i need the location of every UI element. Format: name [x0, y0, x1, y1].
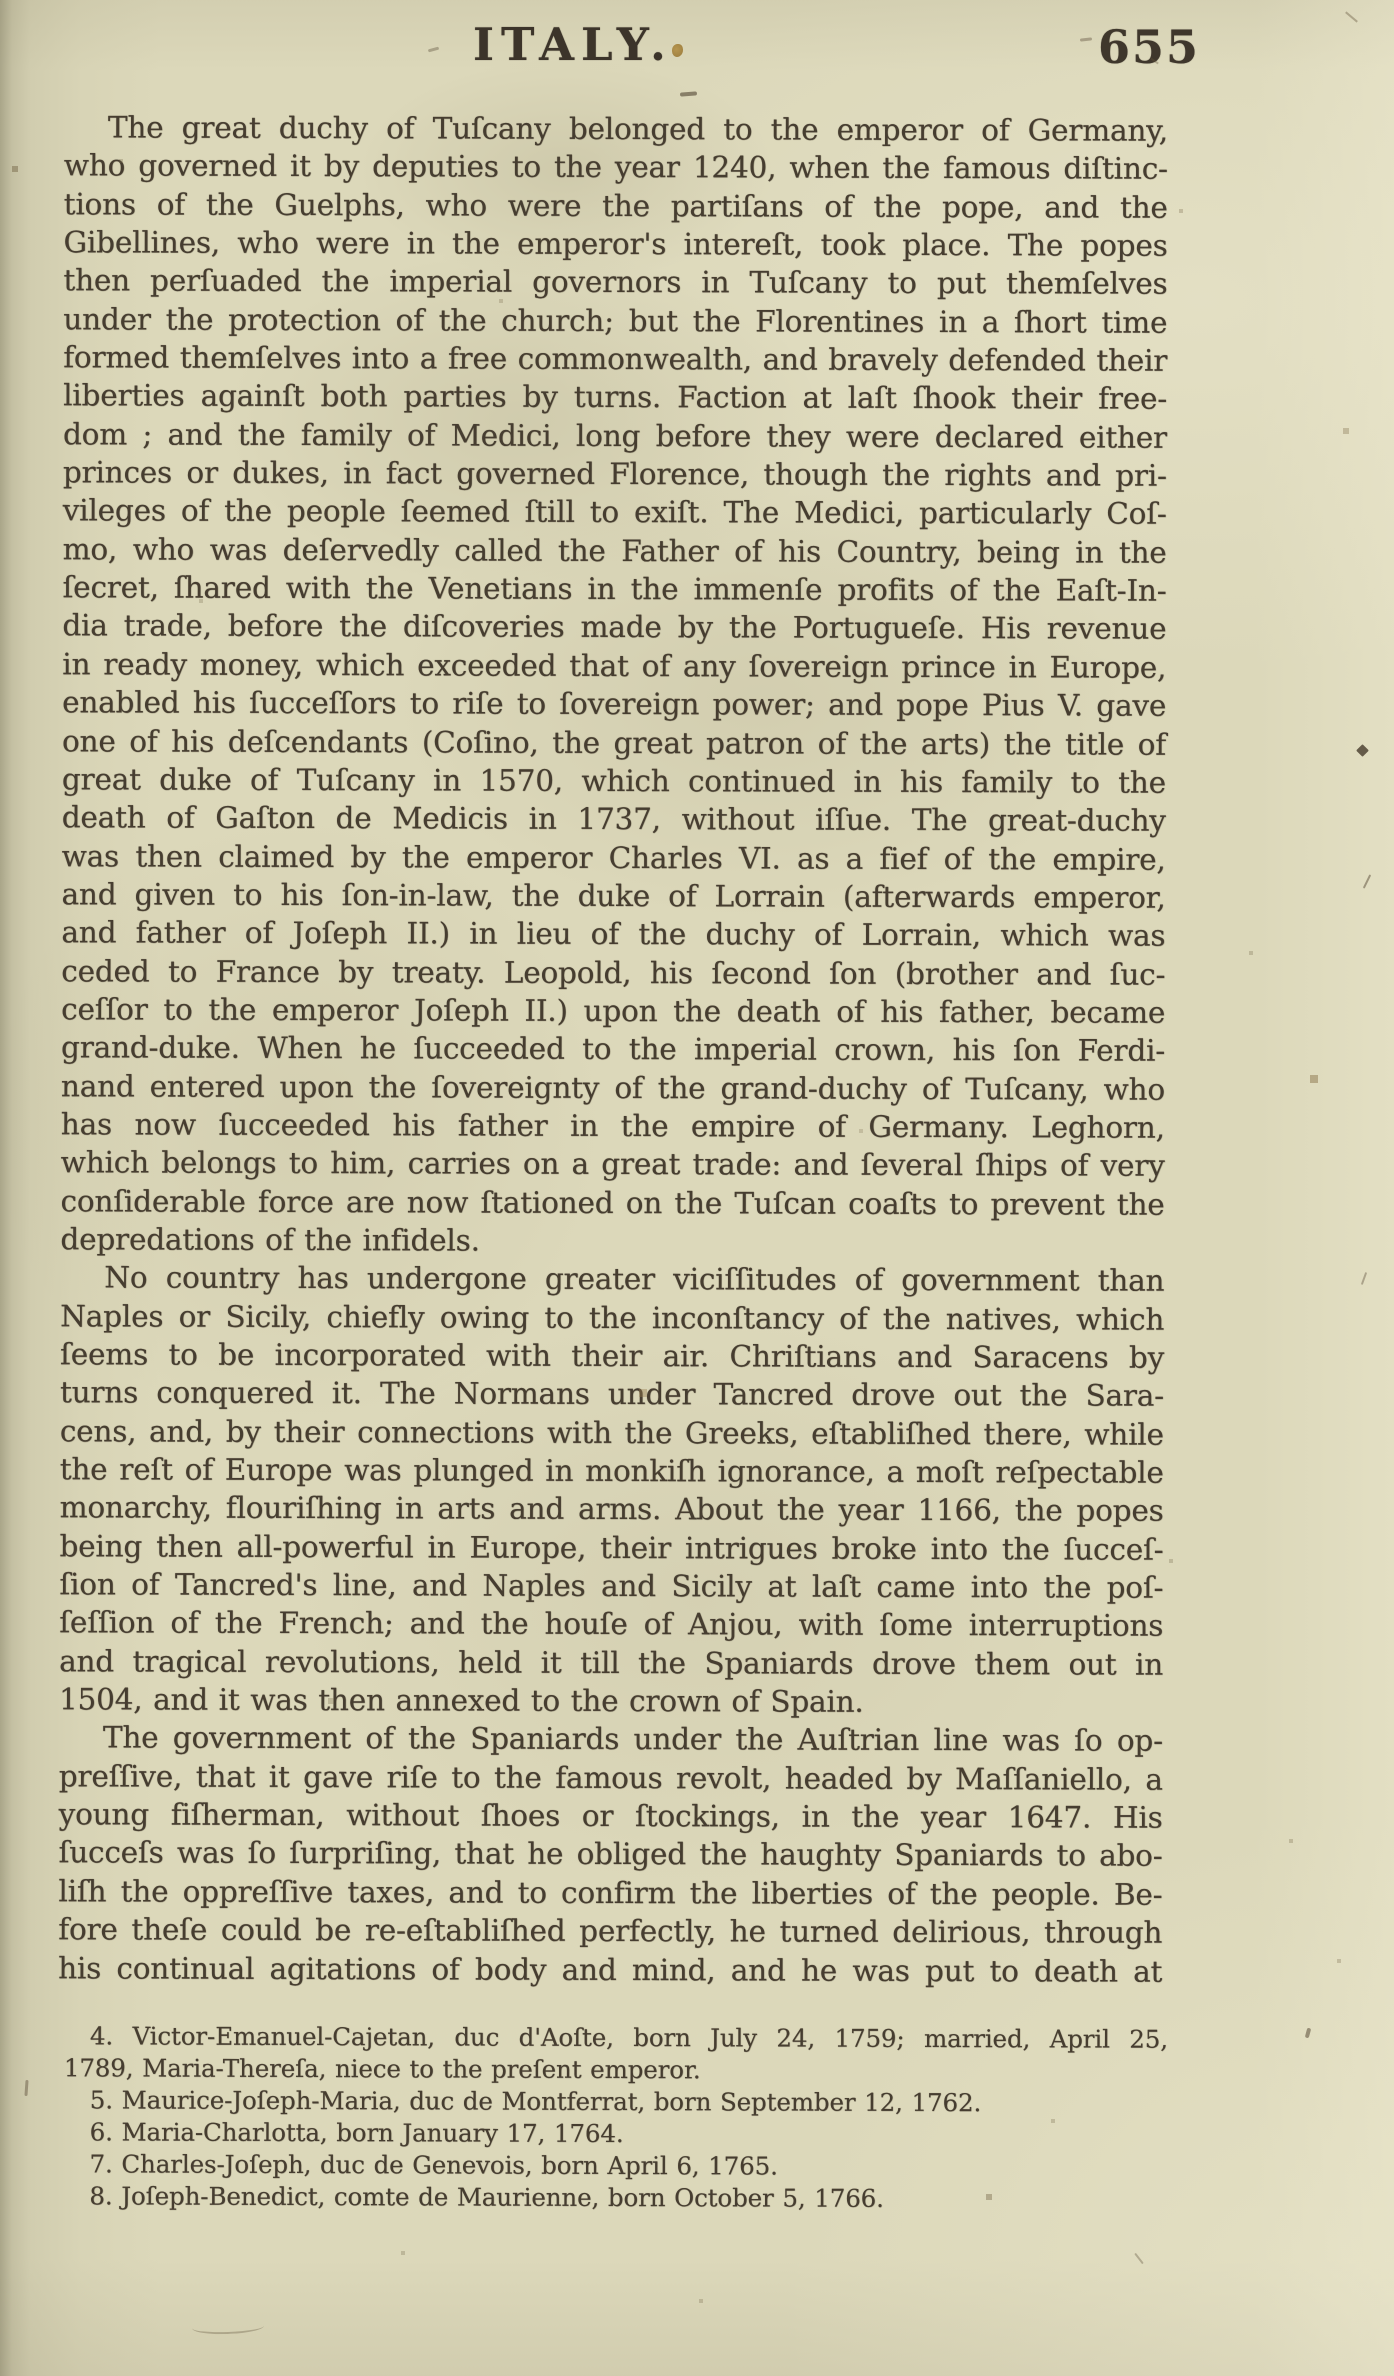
page-number: 655: [1098, 20, 1200, 74]
page-body: The great duchy of Tuſcany belonged to t…: [58, 108, 1168, 1990]
text-line: preſſive, that it gave riſe to the famou…: [59, 1757, 1163, 1799]
stray-apostrophe-mark: [1305, 2028, 1311, 2039]
text-line: under the protection of the church; but …: [63, 300, 1167, 342]
text-line: grand-duke. When he ſucceeded to the imp…: [61, 1029, 1165, 1071]
text-line: ſeſſion of the French; and the houſe of …: [59, 1604, 1163, 1646]
text-line: being then all-powerful in Europe, their…: [59, 1527, 1163, 1569]
text-line: great duke of Tuſcany in 1570, which con…: [62, 760, 1166, 802]
text-line: dia trade, before the diſcoveries made b…: [62, 607, 1166, 649]
text-line: liſh the oppreſſive taxes, and to confir…: [58, 1872, 1162, 1914]
text-line: in ready money, which exceeded that of a…: [62, 645, 1166, 687]
text-line: enabled his ſucceſſors to riſe to ſovere…: [62, 683, 1166, 725]
footnote-line: 5. Maurice-Joſeph-Maria, duc de Montferr…: [64, 2084, 1168, 2119]
text-line: The government of the Spaniards under th…: [59, 1719, 1163, 1761]
text-line: and given to his ſon-in-law, the duke of…: [61, 875, 1165, 917]
text-line: cens, and, by their connections with the…: [60, 1412, 1164, 1454]
paragraph: The government of the Spaniards under th…: [58, 1719, 1163, 1991]
stray-dash-mark: [680, 91, 697, 96]
text-line: ſeems to be incorporated with their air.…: [60, 1335, 1164, 1377]
paper-fiber-mark: [1345, 11, 1358, 22]
text-line: mo, who was deſervedly called the Father…: [63, 530, 1167, 572]
text-line: vileges of the people ſeemed ſtill to ex…: [63, 492, 1167, 534]
text-line: conſiderable force are now ſtationed on …: [61, 1182, 1165, 1224]
paragraph: The great duchy of Tuſcany belonged to t…: [60, 108, 1168, 1262]
text-line: death of Gaſton de Medicis in 1737, with…: [62, 798, 1166, 840]
paper-specks: [0, 0, 2, 2]
text-line: princes or dukes, in fact governed Flore…: [63, 453, 1167, 495]
book-page-scan: ITALY. 655 The great duchy of Tuſcany be…: [0, 0, 1394, 2376]
text-line: liberties againſt both parties by turns.…: [63, 377, 1167, 419]
text-line: ſecret, ſhared with the Venetians in the…: [62, 568, 1166, 610]
text-line: was then claimed by the emperor Charles …: [62, 837, 1166, 879]
text-line: and father of Joſeph II.) in lieu of the…: [61, 913, 1165, 955]
text-line: one of his deſcendants (Coſino, the grea…: [62, 722, 1166, 764]
text-line: which belongs to him, carries on a great…: [61, 1144, 1165, 1186]
text-line: depredations of the infidels.: [60, 1220, 1164, 1262]
ink-fleck: [672, 44, 683, 57]
text-line: who governed it by deputies to the year …: [64, 147, 1168, 189]
stray-dash-mark: [1080, 37, 1092, 41]
text-line: tions of the Guelphs, who were the parti…: [64, 185, 1168, 227]
text-line: No country has undergone greater viciſſi…: [60, 1259, 1164, 1301]
margin-slash-mark: [1361, 1272, 1367, 1285]
footnote-line: 4. Victor-Emanuel-Cajetan, duc d'Aoſte, …: [64, 2020, 1168, 2055]
margin-slash-mark: [1363, 874, 1371, 888]
text-line: ſion of Tancred's line, and Naples and S…: [59, 1565, 1163, 1607]
footnote-line: 1789, Maria-Thereſa, niece to the preſen…: [64, 2052, 1168, 2087]
stray-squiggle-mark: [192, 2319, 264, 2336]
margin-ink-spot: [1356, 744, 1369, 757]
text-line: his continual agitations of body and min…: [58, 1949, 1162, 1991]
footnotes: 4. Victor-Emanuel-Cajetan, duc d'Aoſte, …: [63, 2020, 1168, 2215]
stray-dash-mark: [428, 47, 439, 53]
footnote-line: 8. Joſeph-Benedict, comte de Maurienne, …: [63, 2180, 1167, 2215]
running-title: ITALY.: [473, 18, 673, 71]
footnote-line: 7. Charles-Joſeph, duc de Genevois, born…: [64, 2148, 1168, 2183]
text-line: nand entered upon the ſovereignty of the…: [61, 1067, 1165, 1109]
text-line: fore theſe could be re-eſtabliſhed perfe…: [58, 1910, 1162, 1952]
text-line: and tragical revolutions, held it till t…: [59, 1642, 1163, 1684]
text-line: has now ſucceeded his father in the empi…: [61, 1105, 1165, 1147]
text-line: ceſſor to the emperor Joſeph II.) upon t…: [61, 990, 1165, 1032]
footnote-line: 6. Maria-Charlotta, born January 17, 176…: [64, 2116, 1168, 2151]
text-line: Naples or Sicily, chiefly owing to the i…: [60, 1297, 1164, 1339]
text-line: dom ; and the family of Medici, long bef…: [63, 415, 1167, 457]
text-line: formed themſelves into a free commonweal…: [63, 338, 1167, 380]
text-line: ſucceſs was ſo ſurpriſing, that he oblig…: [58, 1834, 1162, 1876]
text-line: turns conquered it. The Normans under Ta…: [60, 1374, 1164, 1416]
text-line: 1504, and it was then annexed to the cro…: [59, 1680, 1163, 1722]
text-line: then perſuaded the imperial governors in…: [63, 262, 1167, 304]
text-line: young fiſherman, without ſhoes or ſtocki…: [59, 1795, 1163, 1837]
text-line: ceded to France by treaty. Leopold, his …: [61, 952, 1165, 994]
margin-tick-mark: [24, 2080, 28, 2096]
text-line: monarchy, flouriſhing in arts and arms. …: [60, 1489, 1164, 1531]
text-line: the reſt of Europe was plunged in monkiſ…: [60, 1450, 1164, 1492]
stray-pen-mark: [1134, 2253, 1144, 2264]
text-line: The great duchy of Tuſcany belonged to t…: [64, 108, 1168, 150]
paragraph: No country has undergone greater viciſſi…: [59, 1259, 1164, 1723]
text-line: Gibellines, who were in the emperor's in…: [64, 223, 1168, 265]
